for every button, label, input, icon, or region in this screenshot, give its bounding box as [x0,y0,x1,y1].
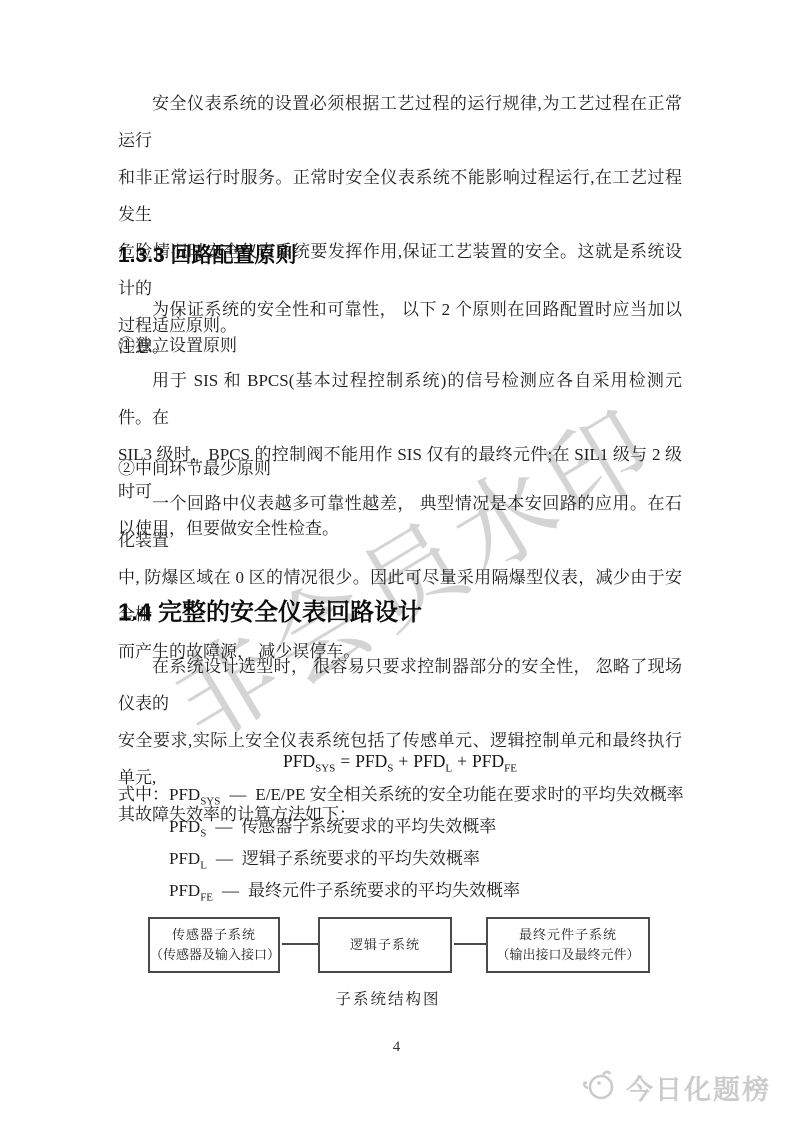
formula-term: PFDS [169,817,206,836]
formula-term: PFDSYS [169,785,220,804]
formula-term: PFDSYS [283,751,335,771]
body-line: 安全仪表系统的设置必须根据工艺过程的运行规律,为工艺过程在正常运行 [118,85,682,159]
formula-definition: 式中：PFDSYS—E/E/PE 安全相关系统的安全功能在要求时的平均失效概率 [118,779,738,811]
body-line: 一个回路中仪表越多可靠性越差， 典型情况是本安回路的应用。在石化装置 [118,485,682,559]
pfd-formula: PFDSYS=PFDS+PFDL+PFDFE [118,749,682,773]
box-label: 传感器子系统 [172,925,256,945]
principle-2-title: ②中间环节最少原则 [118,450,682,487]
subsystem-diagram: 传感器子系统 （传感器及输入接口） 逻辑子系统 最终元件子系统 （输出接口及最终… [0,917,793,973]
definition-text: 传感器子系统要求的平均失效概率 [241,817,496,836]
brand-logo: 今日化题榜 [579,1068,771,1107]
equals-sign: = [335,751,355,771]
principle-1-title: ①独立设置原则 [118,327,682,364]
body-line: ②中间环节最少原则 [118,450,682,487]
dash: — [220,785,255,804]
paragraph-principle-2: 一个回路中仪表越多可靠性越差， 典型情况是本安回路的应用。在石化装置 中, 防爆… [118,485,682,670]
dash: — [213,881,248,900]
diagram-box-sensor-subsystem: 传感器子系统 （传感器及输入接口） [148,917,280,973]
dash: — [207,849,242,868]
where-label: 式中： [118,785,169,804]
section-heading-1-4: 1.4 完整的安全仪表回路设计 [118,597,682,629]
definition-text: 最终元件子系统要求的平均失效概率 [248,881,520,900]
formula-term: PFDFE [472,751,517,771]
diagram-box-final-element-subsystem: 最终元件子系统 （输出接口及最终元件） [486,917,650,973]
diagram-box-logic-subsystem: 逻辑子系统 [318,917,452,973]
formula-term: PFDS [355,751,393,771]
definition-text: E/E/PE 安全相关系统的安全功能在要求时的平均失效概率 [255,785,683,804]
definition-text: 逻辑子系统要求的平均失效概率 [242,849,480,868]
box-label: 最终元件子系统 [519,925,617,945]
body-line: 和非正常运行时服务。正常时安全仪表系统不能影响过程运行,在工艺过程发生 [118,159,682,233]
document-page: 非会员水印 安全仪表系统的设置必须根据工艺过程的运行规律,为工艺过程在正常运行 … [0,0,793,1122]
page-number: 4 [0,1039,793,1056]
plus-sign: + [393,751,413,771]
formula-definitions: 式中：PFDSYS—E/E/PE 安全相关系统的安全功能在要求时的平均失效概率 … [118,779,738,907]
box-label: （输出接口及最终元件） [496,945,639,965]
connector-line [454,943,486,945]
dash: — [206,817,241,836]
box-label: （传感器及输入接口） [150,945,278,965]
brand-name: 今日化题榜 [626,1068,771,1107]
plus-sign: + [452,751,472,771]
brand-mascot-icon [579,1069,619,1106]
section-heading-1-3-3: 1.3.3 回路配置原则 [118,241,682,271]
formula-definition: PFDL—逻辑子系统要求的平均失效概率 [118,843,738,875]
box-label: 逻辑子系统 [350,935,420,955]
body-line: ①独立设置原则 [118,327,682,364]
formula-definition: PFDS—传感器子系统要求的平均失效概率 [118,811,738,843]
formula-term: PFDL [169,849,207,868]
connector-line [282,943,318,945]
formula-definition: PFDFE—最终元件子系统要求的平均失效概率 [118,875,738,907]
formula-term: PFDFE [169,881,213,900]
body-line: 用于 SIS 和 BPCS(基本过程控制系统)的信号检测应各自采用检测元件。在 [118,362,682,436]
formula-term: PFDL [413,751,452,771]
body-line: 在系统设计选型时， 很容易只要求控制器部分的安全性， 忽略了现场仪表的 [118,648,682,722]
diagram-caption: 子系统结构图 [118,987,658,1009]
